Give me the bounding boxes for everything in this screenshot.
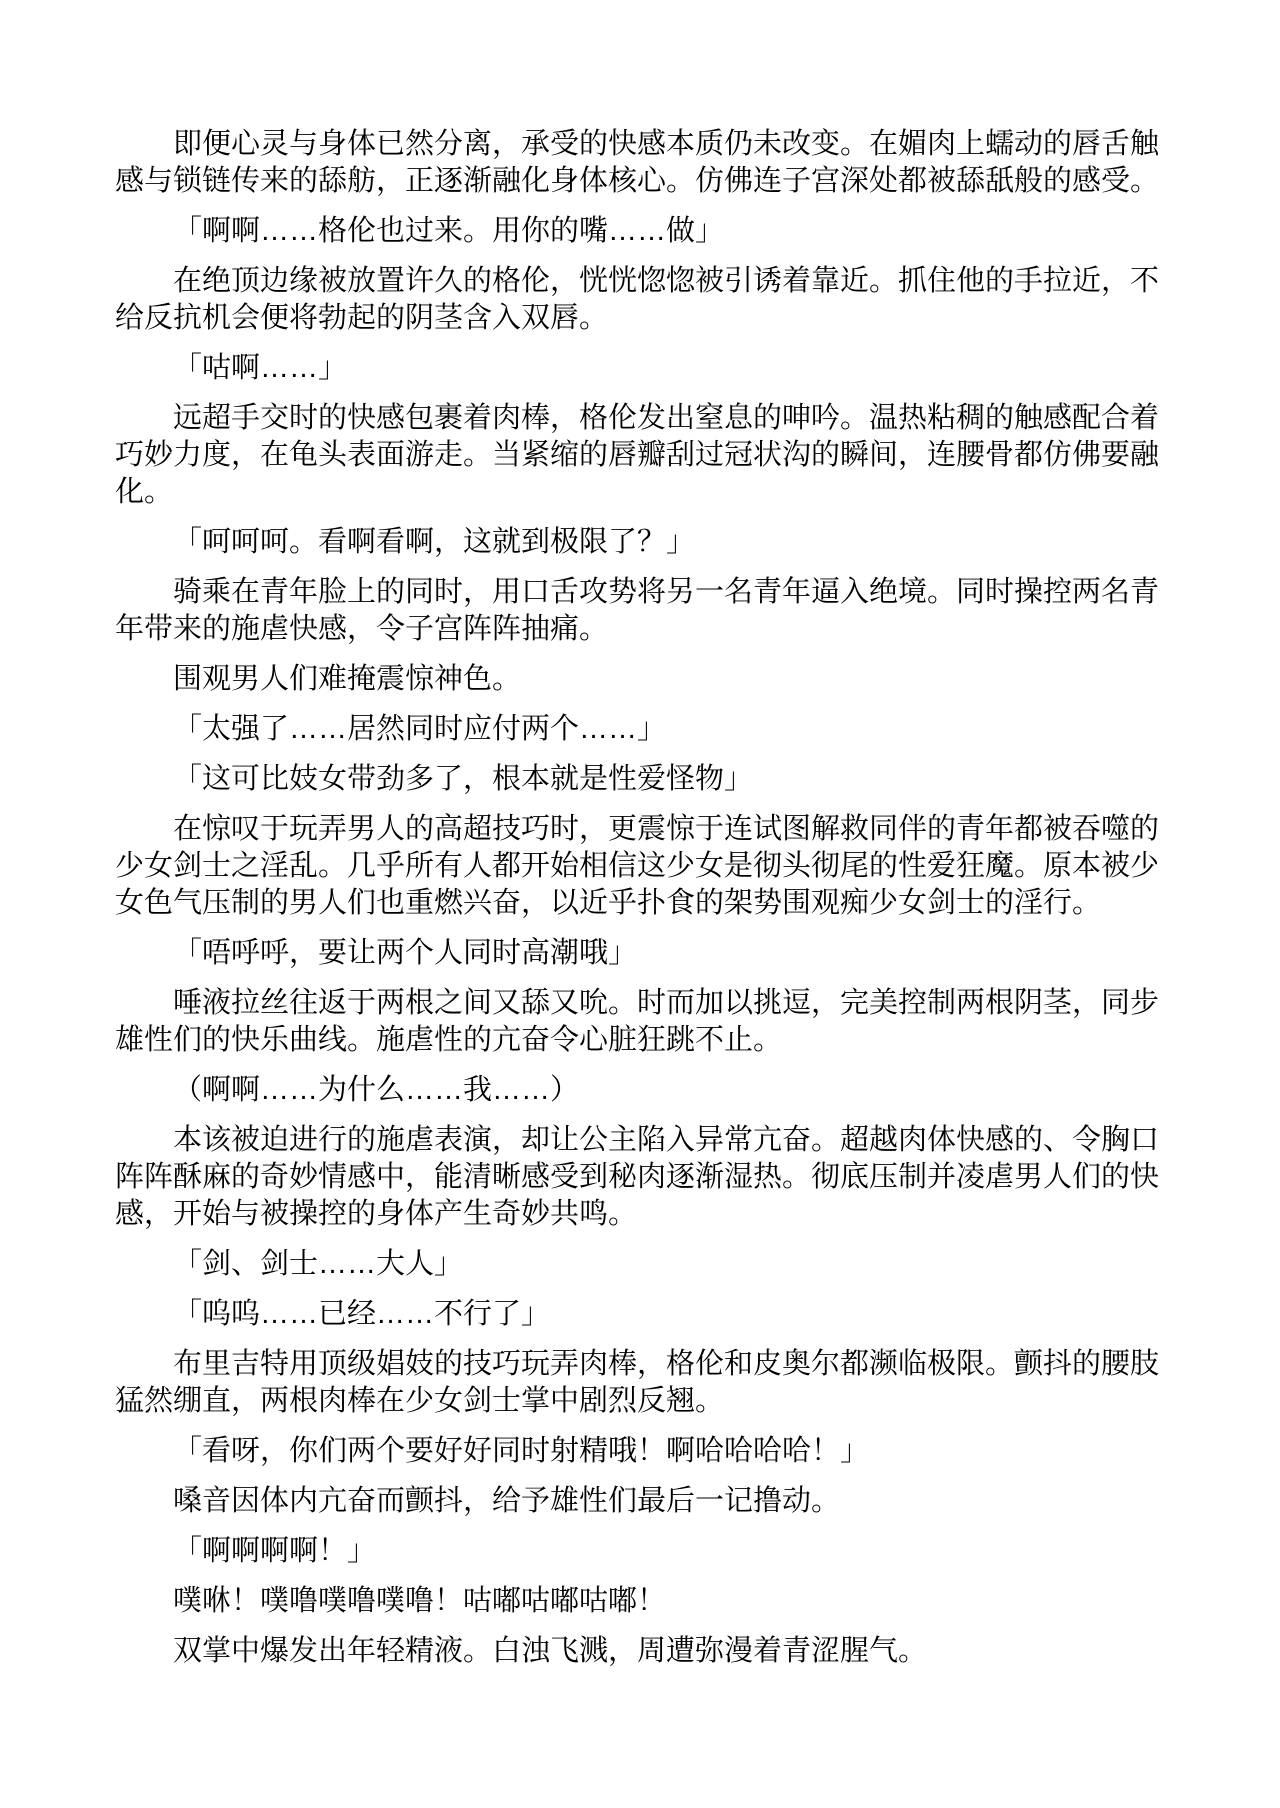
narration-paragraph: 唾液拉丝往返于两根之间又舔又吮。时而加以挑逗，完美控制两根阴茎，同步雄性们的快乐… <box>115 985 1165 1059</box>
narration-paragraph: 即便心灵与身体已然分离，承受的快感本质仍未改变。在媚肉上蠕动的唇舌触感与锁链传来… <box>115 126 1165 200</box>
narration-paragraph: 在惊叹于玩弄男人的高超技巧时，更震惊于连试图解救同伴的青年都被吞噬的少女剑士之淫… <box>115 811 1165 922</box>
narration-paragraph: 围观男人们难掩震惊神色。 <box>115 661 1165 698</box>
narration-paragraph: 骑乘在青年脸上的同时，用口舌攻势将另一名青年逼入绝境。同时操控两名青年带来的施虐… <box>115 574 1165 648</box>
narration-paragraph: 双掌中爆发出年轻精液。白浊飞溅，周遭弥漫着青涩腥气。 <box>115 1633 1165 1670</box>
narration-paragraph: 在绝顶边缘被放置许久的格伦，恍恍惚惚被引诱着靠近。抓住他的手拉近，不给反抗机会便… <box>115 263 1165 337</box>
dialogue-line: 「呵呵呵。看啊看啊，这就到极限了？」 <box>115 524 1165 561</box>
dialogue-line: 「呜呜……已经……不行了」 <box>115 1296 1165 1333</box>
dialogue-line: 「唔呼呼，要让两个人同时高潮哦」 <box>115 935 1165 972</box>
dialogue-line: 「太强了……居然同时应付两个……」 <box>115 711 1165 748</box>
dialogue-line: 「这可比妓女带劲多了，根本就是性爱怪物」 <box>115 761 1165 798</box>
document-page: 即便心灵与身体已然分离，承受的快感本质仍未改变。在媚肉上蠕动的唇舌触感与锁链传来… <box>0 0 1280 1808</box>
thought-line: （啊啊……为什么……我……） <box>115 1072 1165 1109</box>
sfx-line: 噗咻！噗噜噗噜噗噜！咕嘟咕嘟咕嘟！ <box>115 1583 1165 1620</box>
narration-paragraph: 布里吉特用顶级娼妓的技巧玩弄肉棒，格伦和皮奥尔都濒临极限。颤抖的腰肢猛然绷直，两… <box>115 1346 1165 1420</box>
dialogue-line: 「啊啊……格伦也过来。用你的嘴……做」 <box>115 213 1165 250</box>
narration-paragraph: 远超手交时的快感包裹着肉棒，格伦发出窒息的呻吟。温热粘稠的触感配合着巧妙力度，在… <box>115 400 1165 511</box>
dialogue-line: 「咕啊……」 <box>115 350 1165 387</box>
dialogue-line: 「看呀，你们两个要好好同时射精哦！啊哈哈哈哈！」 <box>115 1433 1165 1470</box>
narration-paragraph: 本该被迫进行的施虐表演，却让公主陷入异常亢奋。超越肉体快感的、令胸口阵阵酥麻的奇… <box>115 1122 1165 1233</box>
dialogue-line: 「剑、剑士……大人」 <box>115 1246 1165 1283</box>
dialogue-line: 「啊啊啊啊！」 <box>115 1533 1165 1570</box>
narration-paragraph: 嗓音因体内亢奋而颤抖，给予雄性们最后一记撸动。 <box>115 1483 1165 1520</box>
